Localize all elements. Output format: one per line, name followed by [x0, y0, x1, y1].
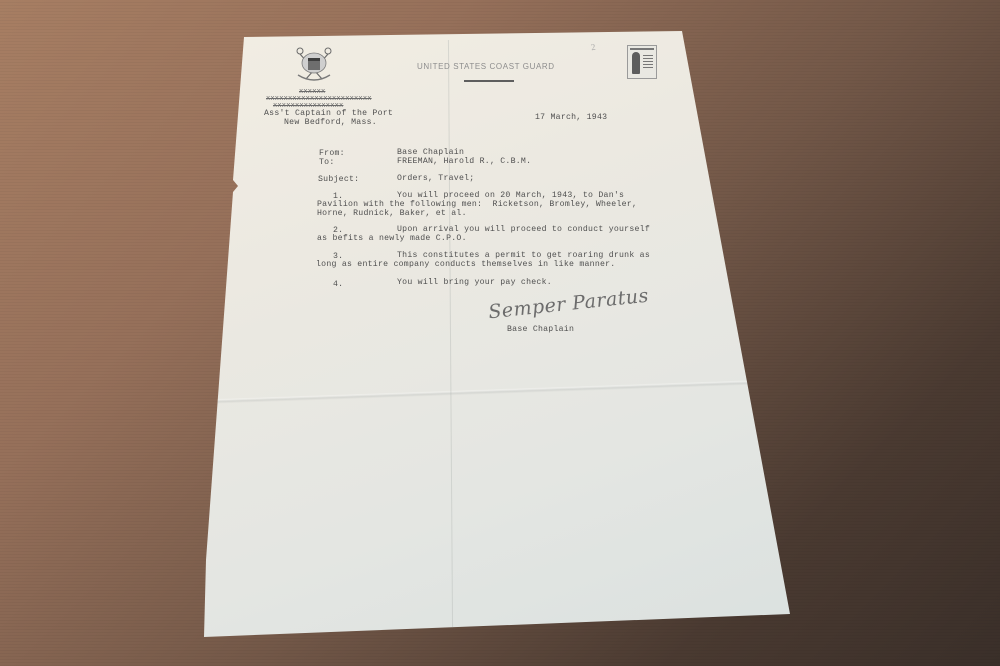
paragraph-text: long as entire company conducts themselv… — [316, 260, 615, 269]
sender-location: New Bedford, Mass. — [284, 118, 377, 127]
paragraph-text: as befits a newly made C.P.O. — [317, 234, 467, 243]
paragraph-text: You will proceed on 20 March, 1943, to D… — [397, 191, 624, 200]
to-label: To: — [319, 158, 335, 167]
letter-date: 17 March, 1943 — [535, 113, 607, 122]
paragraph-number: 4. — [333, 280, 343, 289]
paragraph-text: Pavilion with the following men: Rickets… — [317, 200, 637, 209]
pencil-mark: 2 — [590, 42, 596, 53]
from-label: From: — [319, 149, 345, 158]
paragraph-text: Upon arrival you will proceed to conduct… — [397, 225, 650, 234]
letterhead-organization: UNITED STATES COAST GUARD — [417, 62, 555, 71]
to-value: FREEMAN, Harold R., C.B.M. — [397, 157, 531, 166]
signature-typed-name: Base Chaplain — [507, 325, 574, 334]
subject-value: Orders, Travel; — [397, 174, 474, 183]
minuteman-stamp-icon — [627, 45, 657, 79]
handwritten-signature: Semper Paratus — [487, 285, 650, 324]
letterhead-struck-subtitle — [464, 80, 514, 82]
from-value: Base Chaplain — [397, 148, 464, 157]
letter-paper: UNITED STATES COAST GUARD 2 xxxxxx xxxxx… — [0, 0, 1000, 666]
paragraph-text: You will bring your pay check. — [397, 278, 552, 287]
paragraph-text: This constitutes a permit to get roaring… — [397, 251, 650, 260]
paper-fold-line — [448, 40, 453, 630]
sender-title: Ass't Captain of the Port — [264, 109, 393, 118]
subject-label: Subject: — [318, 175, 359, 184]
paragraph-text: Horne, Rudnick, Baker, et al. — [317, 209, 467, 218]
coast-guard-emblem-icon — [290, 45, 338, 85]
